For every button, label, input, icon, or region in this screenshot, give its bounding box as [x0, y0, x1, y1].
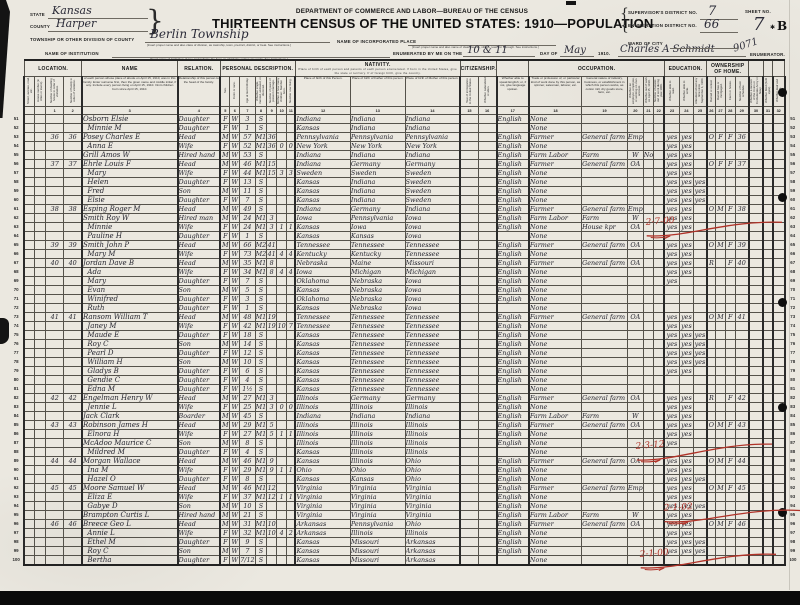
cell-color: W	[230, 421, 240, 430]
cell-dwelling	[46, 115, 64, 124]
column-header-employer_class: Whether an employer, employee, or workin…	[627, 77, 643, 107]
cell-color: W	[230, 142, 240, 151]
cell-children_born	[277, 160, 287, 169]
cell-name: Gendie C	[82, 376, 178, 385]
cell-home_free: M	[716, 313, 726, 322]
cell-marital: M1	[255, 268, 267, 277]
line-number: 59	[785, 187, 800, 196]
cell-naturalized	[478, 547, 496, 556]
cell-immigration_year	[460, 475, 478, 484]
cell-sex: M	[220, 313, 230, 322]
cell-mother_birthplace: Ohio	[405, 520, 460, 529]
cell-children_born	[277, 511, 287, 520]
census-row: 66 Mary MWifeFW73M24144KentuckyKentuckyT…	[9, 250, 800, 259]
cell-english: English	[497, 241, 529, 250]
cell-children_born	[277, 277, 287, 286]
cell-mother_birthplace: Iowa	[405, 295, 460, 304]
cell-color: W	[230, 520, 240, 529]
cell-immigration_year	[460, 484, 478, 493]
cell-age: 4	[240, 448, 255, 457]
cell-relation: Wife	[178, 268, 221, 277]
cell-naturalized	[478, 286, 496, 295]
cell-write	[679, 295, 694, 304]
cell-weeks_out	[654, 124, 665, 133]
cell-name: Winifred	[82, 295, 178, 304]
cell-blind	[763, 340, 773, 349]
cell-sex: M	[220, 421, 230, 430]
cell-blind	[763, 484, 773, 493]
cell-dwelling: 40	[46, 259, 64, 268]
cell-house	[35, 439, 46, 448]
line-number: 74	[9, 322, 24, 331]
cell-age: 46	[240, 160, 255, 169]
line-number: 92	[9, 484, 24, 493]
cell-weeks_out	[654, 430, 665, 439]
cell-family	[64, 430, 82, 439]
cell-industry: General farm	[582, 160, 628, 169]
cell-color: W	[230, 196, 240, 205]
cell-english: English	[497, 331, 529, 340]
cell-occupation: Farmer	[529, 160, 582, 169]
cell-street	[24, 205, 35, 214]
cell-color: W	[230, 448, 240, 457]
cell-birthplace: Indiana	[295, 205, 350, 214]
cell-years_married: 19	[267, 313, 277, 322]
cell-home_free	[716, 358, 726, 367]
cell-naturalized	[478, 421, 496, 430]
cell-home_free	[716, 475, 726, 484]
cell-color: W	[230, 493, 240, 502]
cell-color: W	[230, 232, 240, 241]
cell-write: yes	[679, 421, 694, 430]
cell-age: 34	[240, 268, 255, 277]
cell-name: Mary	[82, 169, 178, 178]
cell-read: yes	[664, 205, 679, 214]
cell-name: Morgan Wallace	[82, 457, 178, 466]
cell-house	[35, 214, 46, 223]
cell-out_of_work	[643, 178, 653, 187]
cell-relation: Daughter	[178, 115, 221, 124]
cell-industry	[582, 340, 628, 349]
cell-children_born	[277, 304, 287, 313]
cell-house	[35, 187, 46, 196]
cell-street	[24, 349, 35, 358]
cell-family	[64, 115, 82, 124]
cell-sex: F	[220, 331, 230, 340]
cell-weeks_out	[654, 160, 665, 169]
cell-street	[24, 421, 35, 430]
cell-family: 42	[64, 394, 82, 403]
cell-marital: M1	[255, 322, 267, 331]
cell-birthplace: New York	[295, 142, 350, 151]
cell-color: W	[230, 511, 240, 520]
census-row: 60 ElsieDaughterFW7SKansasIndianaSwedenE…	[9, 196, 800, 205]
cell-immigration_year	[460, 133, 478, 142]
cell-farm_schedule	[735, 385, 749, 394]
cell-deaf	[773, 160, 785, 169]
cell-age: 1	[240, 304, 255, 313]
cell-immigration_year	[460, 412, 478, 421]
cell-veteran	[749, 196, 763, 205]
column-number: 32	[773, 107, 785, 115]
cell-blind	[763, 331, 773, 340]
cell-marital: M1	[255, 313, 267, 322]
cell-dwelling	[46, 529, 64, 538]
cell-children_born	[277, 205, 287, 214]
cell-house	[35, 133, 46, 142]
column-header-mother_birthplace: Place of birth of Mother of this person.	[405, 77, 460, 107]
cell-home_free	[716, 304, 726, 313]
cell-years_married	[267, 295, 277, 304]
cell-birthplace: Kansas	[295, 367, 350, 376]
cell-color: W	[230, 250, 240, 259]
cell-out_of_work	[643, 493, 653, 502]
cell-occupation: None	[529, 331, 582, 340]
cell-farm_schedule	[735, 475, 749, 484]
cell-sex: M	[220, 358, 230, 367]
cell-english: English	[497, 340, 529, 349]
cell-family	[64, 367, 82, 376]
cell-employer_class	[627, 250, 643, 259]
cell-name: Ehrle Louis F	[82, 160, 178, 169]
cell-employer_class	[627, 331, 643, 340]
form-agency: DEPARTMENT OF COMMERCE AND LABOR—BUREAU …	[262, 8, 562, 15]
cell-children_living	[287, 538, 296, 547]
cell-mother_birthplace: Indiana	[405, 115, 460, 124]
cell-employer_class: OA	[627, 394, 643, 403]
cell-farm_schedule	[735, 142, 749, 151]
cell-birthplace: Kansas	[295, 547, 350, 556]
cell-out_of_work	[643, 277, 653, 286]
cell-street	[24, 529, 35, 538]
cell-immigration_year	[460, 340, 478, 349]
cell-marital: S	[255, 358, 267, 367]
cell-age: 32	[240, 529, 255, 538]
cell-naturalized	[478, 448, 496, 457]
cell-employer_class: W	[627, 151, 643, 160]
cell-street	[24, 232, 35, 241]
cell-employer_class	[627, 196, 643, 205]
cell-school	[694, 493, 707, 502]
cell-write: yes	[679, 259, 694, 268]
cell-veteran	[749, 295, 763, 304]
cell-school	[694, 367, 707, 376]
cell-age: 27	[240, 430, 255, 439]
cell-street	[24, 142, 35, 151]
cell-naturalized	[478, 403, 496, 412]
line-number: 89	[785, 457, 800, 466]
cell-children_born: 0	[277, 403, 287, 412]
cell-out_of_work	[643, 124, 653, 133]
cell-relation: Son	[178, 439, 221, 448]
cell-school	[694, 466, 707, 475]
cell-english: English	[497, 529, 529, 538]
cell-mother_birthplace: Indiana	[405, 151, 460, 160]
cell-out_of_work	[643, 295, 653, 304]
sheet-letter: B	[777, 19, 787, 33]
cell-english: English	[497, 439, 529, 448]
cell-home_free	[716, 403, 726, 412]
cell-children_living	[287, 376, 296, 385]
cell-weeks_out	[654, 250, 665, 259]
cell-blind	[763, 169, 773, 178]
cell-years_married	[267, 538, 277, 547]
cell-immigration_year	[460, 223, 478, 232]
cell-read: yes	[664, 493, 679, 502]
cell-dwelling	[46, 196, 64, 205]
cell-mother_birthplace: Missouri	[405, 259, 460, 268]
cell-street	[24, 133, 35, 142]
cell-home_owned	[707, 151, 716, 160]
cell-employer_class: OA	[627, 223, 643, 232]
cell-english: English	[497, 286, 529, 295]
cell-immigration_year	[460, 430, 478, 439]
cell-street	[24, 403, 35, 412]
cell-house	[35, 484, 46, 493]
cell-sex: M	[220, 214, 230, 223]
cell-age: 35	[240, 259, 255, 268]
cell-mother_birthplace: Illinois	[405, 403, 460, 412]
cell-home_owned	[707, 367, 716, 376]
cell-farm_schedule: 39	[735, 241, 749, 250]
cell-naturalized	[478, 187, 496, 196]
cell-occupation: None	[529, 547, 582, 556]
census-row: 70 EvanSonMW5SKansasNebraskaIowaEnglishN…	[9, 286, 800, 295]
red-ink-text: 2-7-00	[645, 216, 675, 228]
cell-birthplace: Oklahoma	[295, 277, 350, 286]
cell-marital: S	[255, 376, 267, 385]
cell-blind	[763, 133, 773, 142]
cell-birthplace: Kansas	[295, 331, 350, 340]
cell-veteran	[749, 277, 763, 286]
cell-relation: Daughter	[178, 178, 221, 187]
cell-age: 7/12	[240, 556, 255, 566]
cell-birthplace: Iowa	[295, 214, 350, 223]
column-number: 25	[694, 107, 707, 115]
cell-weeks_out	[654, 115, 665, 124]
cell-english: English	[497, 115, 529, 124]
line-number: 61	[9, 205, 24, 214]
cell-veteran	[749, 349, 763, 358]
cell-read	[664, 304, 679, 313]
cell-street	[24, 286, 35, 295]
cell-veteran	[749, 133, 763, 142]
cell-read: yes	[664, 268, 679, 277]
cell-naturalized	[478, 241, 496, 250]
cell-name: Minnie M	[82, 124, 178, 133]
cell-industry	[582, 502, 628, 511]
cell-read: yes	[664, 367, 679, 376]
cell-employer_class: OA	[627, 421, 643, 430]
cell-mother_birthplace: Illinois	[405, 448, 460, 457]
cell-farm_house	[725, 385, 735, 394]
census-row: 80 Gendie CDaughterFW4SKansasTennesseeTe…	[9, 376, 800, 385]
cell-sex: F	[220, 223, 230, 232]
cell-occupation: Farm Labor	[529, 151, 582, 160]
cell-family	[64, 187, 82, 196]
cell-name: William H	[82, 358, 178, 367]
cell-english: English	[497, 250, 529, 259]
cell-employer_class: W	[627, 214, 643, 223]
cell-blind	[763, 457, 773, 466]
cell-home_owned	[707, 277, 716, 286]
cell-street	[24, 223, 35, 232]
cell-out_of_work	[643, 466, 653, 475]
cell-weeks_out	[654, 538, 665, 547]
cell-birthplace: Illinois	[295, 394, 350, 403]
cell-english: English	[497, 475, 529, 484]
cell-write	[679, 304, 694, 313]
cell-dwelling: 42	[46, 394, 64, 403]
cell-children_born	[277, 439, 287, 448]
cell-read: yes	[664, 142, 679, 151]
cell-sex: F	[220, 556, 230, 566]
cell-employer_class	[627, 493, 643, 502]
cell-family	[64, 538, 82, 547]
cell-children_living	[287, 394, 296, 403]
cell-children_living	[287, 232, 296, 241]
cell-house	[35, 232, 46, 241]
cell-family	[64, 331, 82, 340]
cell-relation: Son	[178, 358, 221, 367]
cell-read	[664, 286, 679, 295]
cell-relation: Wife	[178, 430, 221, 439]
cell-name: Fred	[82, 187, 178, 196]
cell-relation: Head	[178, 457, 221, 466]
cell-dwelling	[46, 214, 64, 223]
cell-occupation: None	[529, 286, 582, 295]
cell-industry	[582, 169, 628, 178]
cell-children_living	[287, 259, 296, 268]
cell-english: English	[497, 133, 529, 142]
cell-children_living	[287, 178, 296, 187]
cell-dwelling	[46, 223, 64, 232]
cell-marital: S	[255, 502, 267, 511]
line-number: 99	[9, 547, 24, 556]
column-number: 5	[220, 107, 230, 115]
cell-immigration_year	[460, 367, 478, 376]
cell-home_owned: R	[707, 259, 716, 268]
cell-years_married	[267, 439, 277, 448]
cell-naturalized	[478, 313, 496, 322]
cell-mother_birthplace: New York	[405, 142, 460, 151]
line-number: 52	[9, 124, 24, 133]
cell-sex: F	[220, 142, 230, 151]
cell-street	[24, 367, 35, 376]
cell-out_of_work	[643, 259, 653, 268]
cell-age: 42	[240, 322, 255, 331]
cell-farm_schedule	[735, 349, 749, 358]
cell-deaf	[773, 529, 785, 538]
cell-farm_house	[725, 403, 735, 412]
cell-age: 3	[240, 295, 255, 304]
cell-immigration_year	[460, 277, 478, 286]
cell-read	[664, 115, 679, 124]
cell-relation: Head	[178, 205, 221, 214]
cell-years_married: 15	[267, 160, 277, 169]
cell-color: W	[230, 547, 240, 556]
cell-veteran	[749, 403, 763, 412]
cell-dwelling	[46, 502, 64, 511]
cell-color: W	[230, 160, 240, 169]
cell-english: English	[497, 295, 529, 304]
column-number	[35, 107, 46, 115]
cell-name: Elnora H	[82, 430, 178, 439]
cell-name: Edna M	[82, 385, 178, 394]
cell-relation: Daughter	[178, 376, 221, 385]
cell-farm_schedule	[735, 187, 749, 196]
cell-farm_house	[725, 124, 735, 133]
cell-farm_house	[725, 187, 735, 196]
enumerated-month-line	[560, 55, 594, 57]
cell-father_birthplace: Indiana	[350, 151, 405, 160]
cell-father_birthplace: Virginia	[350, 484, 405, 493]
cell-relation: Daughter	[178, 295, 221, 304]
cell-color: W	[230, 322, 240, 331]
column-header-children_living: Number now living.	[287, 77, 296, 107]
cell-father_birthplace: Illinois	[350, 439, 405, 448]
cell-deaf	[773, 421, 785, 430]
cell-dwelling	[46, 124, 64, 133]
cell-farm_house: F	[725, 394, 735, 403]
cell-mother_birthplace: Germany	[405, 160, 460, 169]
cell-birthplace: Kansas	[295, 286, 350, 295]
cell-father_birthplace: Michigan	[350, 268, 405, 277]
line-number: 90	[9, 466, 24, 475]
cell-immigration_year	[460, 313, 478, 322]
cell-home_free	[716, 466, 726, 475]
line-number: 69	[785, 277, 800, 286]
cell-write: yes	[679, 475, 694, 484]
cell-family	[64, 493, 82, 502]
cell-home_free	[716, 169, 726, 178]
column-number: 3	[82, 107, 178, 115]
cell-relation: Head	[178, 520, 221, 529]
cell-marital: M1	[255, 133, 267, 142]
cell-street	[24, 331, 35, 340]
cell-house	[35, 295, 46, 304]
cell-deaf	[773, 376, 785, 385]
cell-blind	[763, 421, 773, 430]
cell-sex: F	[220, 232, 230, 241]
cell-farm_schedule	[735, 169, 749, 178]
cell-write: yes	[679, 412, 694, 421]
line-number: 57	[9, 169, 24, 178]
cell-birthplace: Illinois	[295, 403, 350, 412]
cell-deaf	[773, 430, 785, 439]
cell-house	[35, 421, 46, 430]
cell-occupation: None	[529, 349, 582, 358]
cell-farm_house	[725, 115, 735, 124]
cell-birthplace: Kansas	[295, 304, 350, 313]
cell-read: yes	[664, 133, 679, 142]
cell-name: Engelman Henry W	[82, 394, 178, 403]
cell-street	[24, 502, 35, 511]
census-row: 98 Ethel MDaughterFW9SKansasMissouriArka…	[9, 538, 800, 547]
census-sheet-page: State Kansas County Harper } Township or…	[0, 0, 800, 593]
cell-mother_birthplace: Tennessee	[405, 376, 460, 385]
column-group	[497, 60, 529, 77]
cell-occupation: Farmer	[529, 394, 582, 403]
cell-name: Ethel M	[82, 538, 178, 547]
cell-naturalized	[478, 529, 496, 538]
cell-school	[694, 268, 707, 277]
cell-relation: Daughter	[178, 349, 221, 358]
cell-weeks_out	[654, 331, 665, 340]
cell-years_married	[267, 547, 277, 556]
cell-family	[64, 556, 82, 566]
cell-relation: Head	[178, 259, 221, 268]
